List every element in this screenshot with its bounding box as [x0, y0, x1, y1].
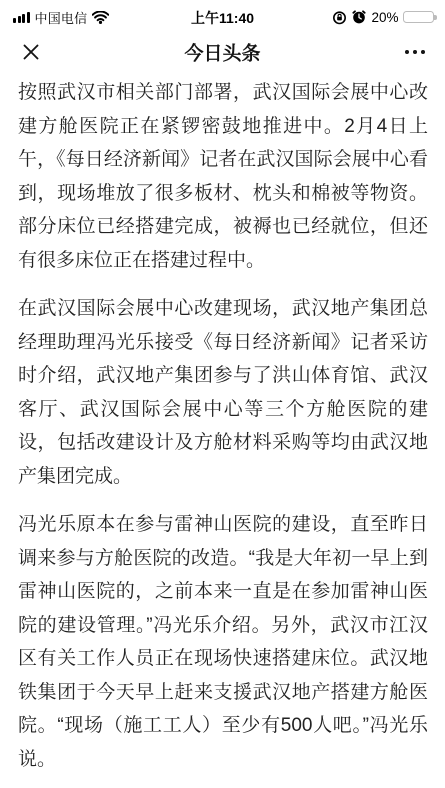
page-title: 今日头条 [184, 39, 260, 66]
cellular-signal-icon [13, 12, 30, 23]
phone-screen: 中国电信 上午11:40 [0, 0, 445, 788]
more-icon [405, 50, 426, 55]
orientation-lock-icon [332, 10, 347, 25]
status-left-group: 中国电信 [13, 8, 109, 27]
more-options-button[interactable] [405, 41, 426, 63]
article-paragraph: 冯光乐原本在参与雷神山医院的建设，直至昨日调来参与方舱医院的改造。“我是大年初一… [18, 508, 428, 776]
status-bar: 中国电信 上午11:40 [0, 0, 445, 30]
clock-time: 上午11:40 [191, 8, 254, 28]
carrier-label: 中国电信 [35, 8, 88, 27]
close-button[interactable] [20, 41, 42, 63]
battery-percent-label: 20% [371, 10, 398, 25]
nav-bar: 今日头条 [0, 30, 445, 74]
article-paragraph: 在武汉国际会展中心改建现场，武汉地产集团总经理助理冯光乐接受《每日经济新闻》记者… [18, 292, 428, 493]
alarm-icon [352, 10, 366, 24]
battery-nub [434, 15, 437, 20]
article-paragraph: 按照武汉市相关部门部署，武汉国际会展中心改建方舱医院正在紧锣密鼓地推进中。2月4… [18, 76, 428, 277]
article-scroll-area[interactable]: 按照武汉市相关部门部署，武汉国际会展中心改建方舱医院正在紧锣密鼓地推进中。2月4… [0, 74, 445, 776]
close-icon [21, 42, 41, 62]
status-right-group: 20% [332, 10, 438, 25]
wifi-icon [92, 11, 109, 24]
battery-icon [403, 11, 434, 23]
